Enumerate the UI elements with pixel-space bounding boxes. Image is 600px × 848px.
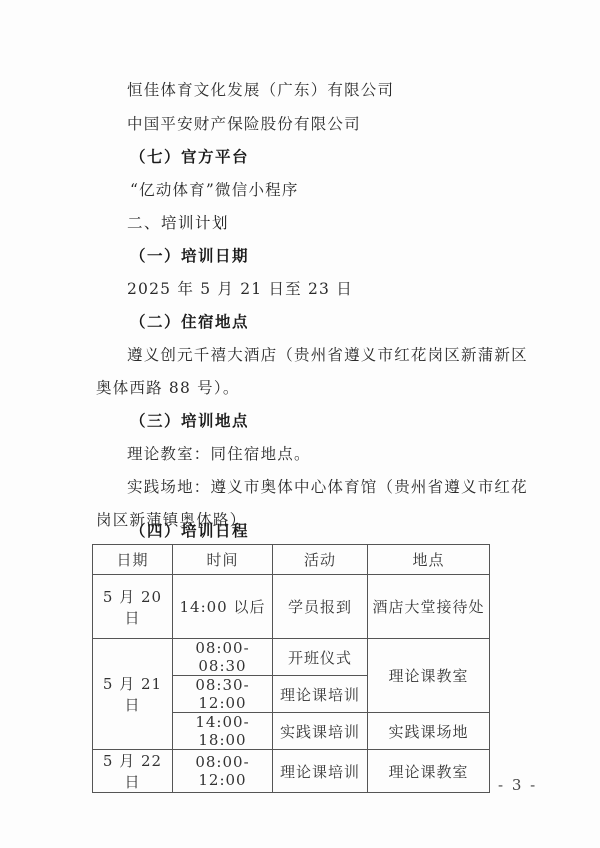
cell-time: 14:00-18:00 bbox=[173, 713, 273, 750]
cell-place: 酒店大堂接待处 bbox=[368, 575, 490, 639]
header-time: 时间 bbox=[173, 545, 273, 575]
company-pingan: 中国平安财产保险股份有限公司 bbox=[127, 112, 361, 134]
header-date: 日期 bbox=[93, 545, 173, 575]
heading-training-date: （一）培训日期 bbox=[130, 244, 249, 266]
header-place: 地点 bbox=[368, 545, 490, 575]
hotel-line-1: 遵义创元千禧大酒店（贵州省遵义市红花岗区新蒲新区 bbox=[127, 343, 528, 365]
page-number: - 3 - bbox=[498, 776, 537, 794]
cell-date: 5 月 22 日 bbox=[93, 750, 173, 793]
cell-place: 实践课场地 bbox=[368, 713, 490, 750]
table-row: 5 月 21 日 08:00-08:30 开班仪式 理论课教室 bbox=[93, 639, 490, 676]
heading-training-plan: 二、培训计划 bbox=[127, 211, 229, 233]
cell-activity: 理论课培训 bbox=[273, 750, 368, 793]
heading-official-platform: （七）官方平台 bbox=[130, 145, 249, 167]
heading-training-location: （三）培训地点 bbox=[130, 409, 249, 431]
cell-time: 08:30-12:00 bbox=[173, 676, 273, 713]
cell-activity: 理论课培训 bbox=[273, 676, 368, 713]
company-hengjia: 恒佳体育文化发展（广东）有限公司 bbox=[127, 78, 394, 100]
hotel-line-2: 奥体西路 88 号）。 bbox=[96, 376, 240, 398]
theory-classroom: 理论教室：同住宿地点。 bbox=[127, 442, 311, 464]
cell-date: 5 月 20 日 bbox=[93, 575, 173, 639]
cell-date: 5 月 21 日 bbox=[93, 639, 173, 750]
cell-activity: 实践课培训 bbox=[273, 713, 368, 750]
training-date: 2025 年 5 月 21 日至 23 日 bbox=[127, 277, 353, 299]
table-row: 5 月 20 日 14:00 以后 学员报到 酒店大堂接待处 bbox=[93, 575, 490, 639]
practice-venue-line-1: 实践场地：遵义市奥体中心体育馆（贵州省遵义市红花 bbox=[127, 475, 528, 497]
header-activity: 活动 bbox=[273, 545, 368, 575]
table-header-row: 日期 时间 活动 地点 bbox=[93, 545, 490, 575]
cell-place: 理论课教室 bbox=[368, 750, 490, 793]
heading-schedule: （四）培训日程 bbox=[130, 519, 249, 541]
cell-time: 08:00-12:00 bbox=[173, 750, 273, 793]
cell-place: 理论课教室 bbox=[368, 639, 490, 713]
mini-program: “亿动体育”微信小程序 bbox=[130, 178, 299, 200]
cell-time: 14:00 以后 bbox=[173, 575, 273, 639]
cell-activity: 学员报到 bbox=[273, 575, 368, 639]
cell-activity: 开班仪式 bbox=[273, 639, 368, 676]
table-row: 5 月 22 日 08:00-12:00 理论课培训 理论课教室 bbox=[93, 750, 490, 793]
cell-time: 08:00-08:30 bbox=[173, 639, 273, 676]
schedule-table: 日期 时间 活动 地点 5 月 20 日 14:00 以后 学员报到 酒店大堂接… bbox=[92, 544, 490, 793]
heading-accommodation: （二）住宿地点 bbox=[130, 310, 249, 332]
